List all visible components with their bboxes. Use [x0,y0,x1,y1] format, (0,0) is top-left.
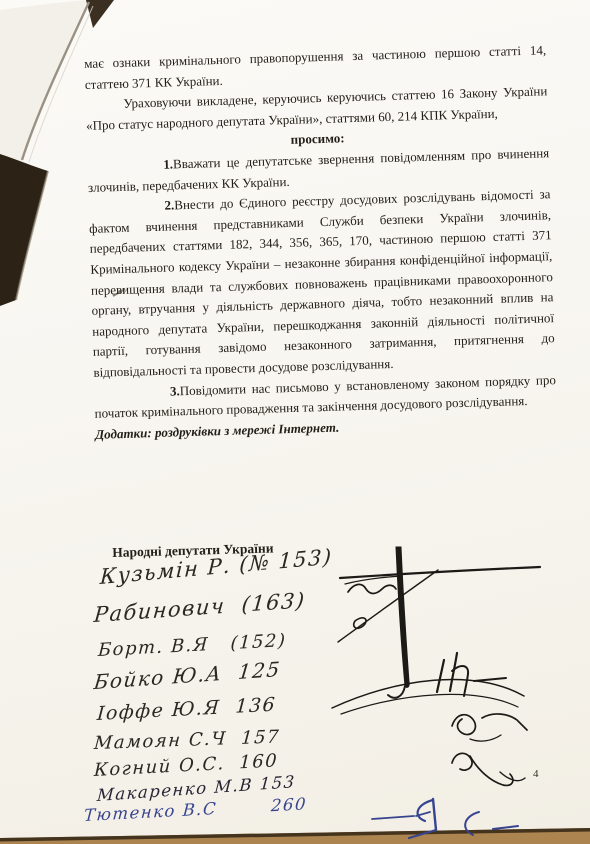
pen-stroke [354,618,366,628]
dark-gap-top [86,0,114,28]
table-surface [0,828,590,844]
pen-blade-stroke [396,547,409,687]
pen-stroke [470,735,501,741]
pen-stroke [465,812,479,835]
crease-line [22,2,89,160]
document-photo: має ознаки кримінального правопорушення … [0,0,590,844]
crease-highlight [29,6,93,162]
pen-stroke [452,715,475,735]
item-number: 1. [125,154,173,176]
pen-stroke [416,812,430,816]
typed-text-block: має ознаки кримінального правопорушення … [84,40,557,445]
pen-stroke [388,686,405,698]
pen-stroke [345,576,402,584]
pen-stroke [474,678,506,681]
pen-stroke [341,694,518,714]
pen-stroke [470,756,513,785]
page-curl-edge [16,171,48,300]
item-number: 2. [126,196,174,218]
item-number: 3. [132,381,180,403]
under-sheet-corner [0,0,88,162]
pen-stroke [332,679,524,708]
pen-stroke [338,570,438,642]
pen-stroke [348,584,396,593]
pen-stroke [450,653,457,691]
pen-stroke [482,714,527,730]
pen-stroke [500,772,525,781]
signature-row: Іоффе Ю.Я 136 [96,694,277,725]
pen-stroke [409,830,436,838]
page-number: 4 [533,768,539,780]
signature-row: Бойко Ю.А 125 [93,657,282,694]
pen-stroke [493,826,518,829]
signature-row: Борт. В.Я (152) [97,630,287,661]
pen-stroke [452,666,468,696]
pen-stroke [452,753,472,770]
pen-stroke [433,799,436,830]
request-item-2: 2.Внести до Єдиного реєстру досудових ро… [88,184,555,383]
pen-stroke [418,800,433,821]
dark-background-corner [0,154,48,306]
pen-stroke [340,567,540,578]
blue-pen-strokes [372,799,518,838]
signature-row: Рабинович (163) [93,588,307,627]
pen-stroke [372,816,414,819]
table-edge-line [0,828,590,842]
signature-row: Мамоян С.Ч 157 [93,726,281,754]
pen-stroke [437,660,444,692]
